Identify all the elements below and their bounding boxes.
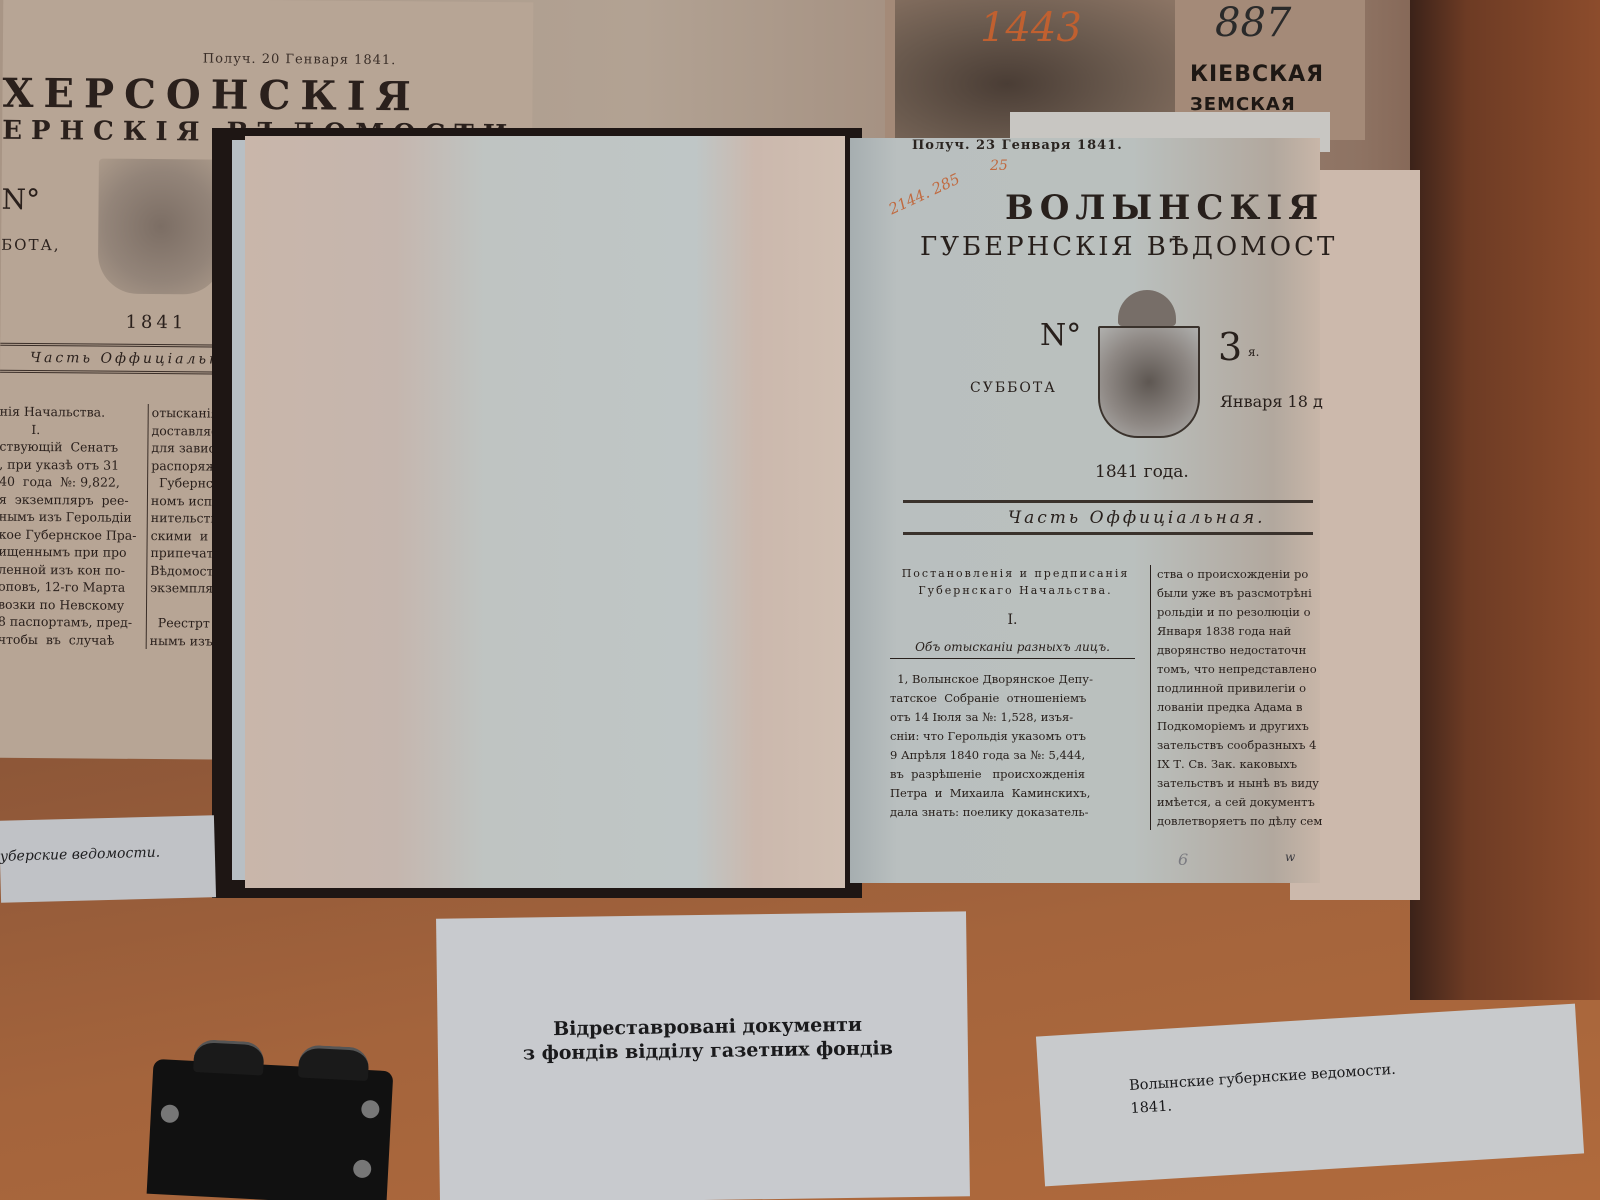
clamp-knob [193, 1039, 265, 1076]
handwritten-number: 887 [1215, 0, 1291, 46]
double-headed-eagle-crest-icon [1098, 326, 1200, 438]
clamp-knob [298, 1044, 370, 1081]
title-card-text: Відреставровані документи з фондів відді… [477, 1012, 938, 1066]
newspaper-title: КІЕВСКАЯ [1190, 62, 1324, 87]
section-banner: Часть Оффиціальная. [903, 500, 1313, 535]
section-heading: Постановленія и предписанія Губернскаго … [893, 565, 1138, 599]
text-column: нія Начальства. I. ствующій Сенатъ , при… [0, 403, 140, 649]
screw-icon [160, 1104, 179, 1123]
pencil-page-mark: 6 [1178, 850, 1188, 869]
issue-number-label: N° [1, 183, 40, 216]
label-text-line2: 1841. [1130, 1096, 1173, 1118]
issue-number: 3 [1218, 325, 1242, 369]
newspaper-title: ВОЛЫНСКІЯ [1005, 188, 1324, 228]
screw-icon [353, 1159, 372, 1178]
issue-date: Января 18 д [1220, 392, 1323, 411]
issue-day: СУББОТА [970, 380, 1057, 396]
label-text: уберские ведомости. [0, 845, 160, 865]
issue-number-label: N° [1040, 318, 1081, 353]
display-case-side-wall [1410, 0, 1600, 1000]
issue-year: 1841 [125, 312, 187, 334]
newspaper-title: ХЕРСОНСКІЯ [2, 70, 421, 121]
handwritten-note: 25 [990, 158, 1008, 174]
issue-year: 1841 года. [1095, 462, 1189, 482]
screw-icon [361, 1100, 380, 1119]
label-text-line1: Волынские губернские ведомости. [1129, 1060, 1397, 1096]
issue-day: БОТА, [1, 236, 61, 255]
received-stamp: Получ. 20 Генваря 1841. [203, 51, 397, 68]
newspaper-subtitle: ГУБЕРНСКІЯ ВѢДОМОСТ [920, 232, 1337, 262]
exhibit-label-left: уберские ведомости. [0, 815, 216, 903]
section-subtitle: Объ отысканіи разныхъ лицъ. [890, 640, 1135, 659]
ink-page-mark: w [1285, 850, 1295, 864]
exhibit-title-card: Відреставровані документи з фондів відді… [436, 911, 970, 1200]
left-page-blank [245, 136, 845, 888]
text-column: ства о происхожденіи ро были уже въ разс… [1150, 565, 1362, 830]
handwritten-number: 1443 [980, 5, 1082, 51]
black-book-clamp [147, 1059, 394, 1200]
double-headed-eagle-crest-icon [98, 159, 224, 295]
received-stamp: Получ. 23 Генваря 1841. [912, 138, 1123, 153]
issue-number-suffix: я. [1248, 345, 1259, 359]
text-column: 1, Волынское Дворянское Депу- татское Со… [890, 670, 1135, 822]
section-number: I. [890, 612, 1135, 628]
